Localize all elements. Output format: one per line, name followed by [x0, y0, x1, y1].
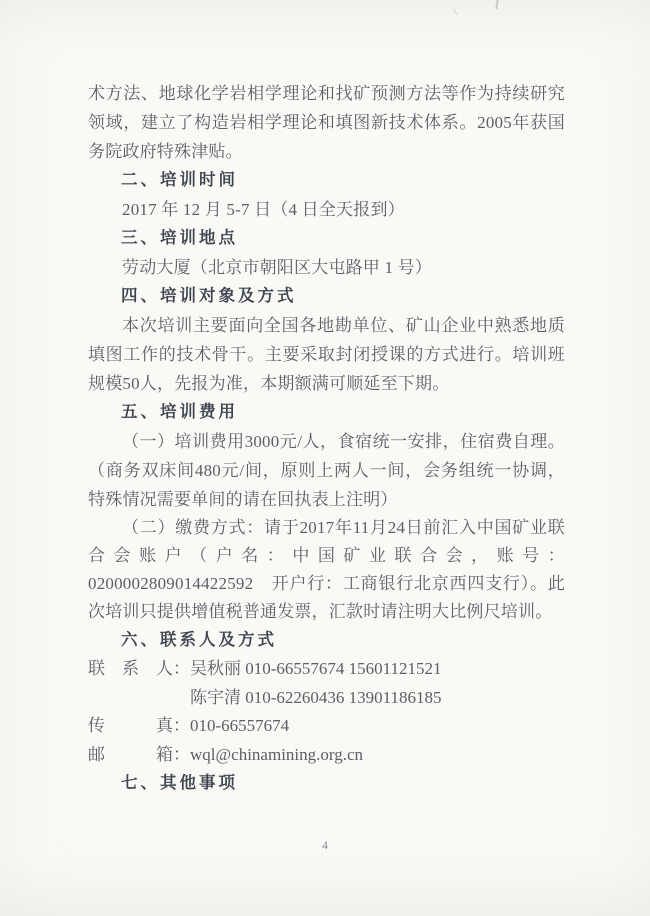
section-heading-training-fee: 五、培训费用 [88, 398, 565, 427]
section-heading-other-matters: 七、其他事项 [88, 769, 565, 798]
contact-row-email: 邮 箱：wql@chinamining.org.cn [88, 741, 565, 770]
section-heading-training-time: 二、培训时间 [88, 166, 565, 195]
document-body: 术方法、地球化学岩相学理论和找矿预测方法等作为持续研究领域，建立了构造岩相学理论… [88, 79, 565, 798]
fee-item-2-payment-paragraph: （二）缴费方式：请于2017年11月24日前汇入中国矿业联合会账户（户名：中国矿… [88, 514, 565, 626]
email-label: 邮 箱： [88, 745, 190, 764]
fax-label: 传 真： [88, 716, 190, 735]
contact-row-person-1: 联 系 人：吴秋丽 010-66557674 15601121521 [88, 655, 565, 684]
fee-item-1-paragraph: （一）培训费用3000元/人，食宿统一安排，住宿费自理。（商务双床间480元/间… [88, 427, 565, 514]
contact-person-1-value: 吴秋丽 010-66557674 15601121521 [190, 659, 442, 678]
section-heading-training-audience: 四、培训对象及方式 [88, 282, 565, 311]
scan-artifact-mark [495, 0, 498, 9]
email-address: wql@chinamining.org.cn [190, 745, 363, 764]
training-time-text: 2017 年 12 月 5-7 日（4 日全天报到） [88, 195, 565, 224]
section-heading-training-location: 三、培训地点 [88, 224, 565, 253]
training-audience-paragraph: 本次培训主要面向全国各地勘单位、矿山企业中熟悉地质填图工作的技术骨干。主要采取封… [88, 311, 565, 398]
contact-row-person-2: 陈宇清 010-62260436 13901186185 [88, 684, 565, 713]
scanned-document-page: 术方法、地球化学岩相学理论和找矿预测方法等作为持续研究领域，建立了构造岩相学理论… [0, 0, 650, 916]
contact-person-label: 联 系 人： [88, 659, 190, 678]
contact-person-2-value: 陈宇清 010-62260436 13901186185 [190, 688, 442, 707]
fax-number: 010-66557674 [190, 716, 289, 735]
contact-person-2-spacer [88, 688, 190, 707]
page-number: 4 [0, 839, 650, 851]
training-location-text: 劳动大厦（北京市朝阳区大屯路甲 1 号） [88, 253, 565, 282]
contact-row-fax: 传 真：010-66557674 [88, 712, 565, 741]
scan-artifact-mark-small [454, 9, 458, 15]
section-heading-contacts: 六、联系人及方式 [88, 626, 565, 655]
intro-continuation-paragraph: 术方法、地球化学岩相学理论和找矿预测方法等作为持续研究领域，建立了构造岩相学理论… [88, 79, 565, 166]
